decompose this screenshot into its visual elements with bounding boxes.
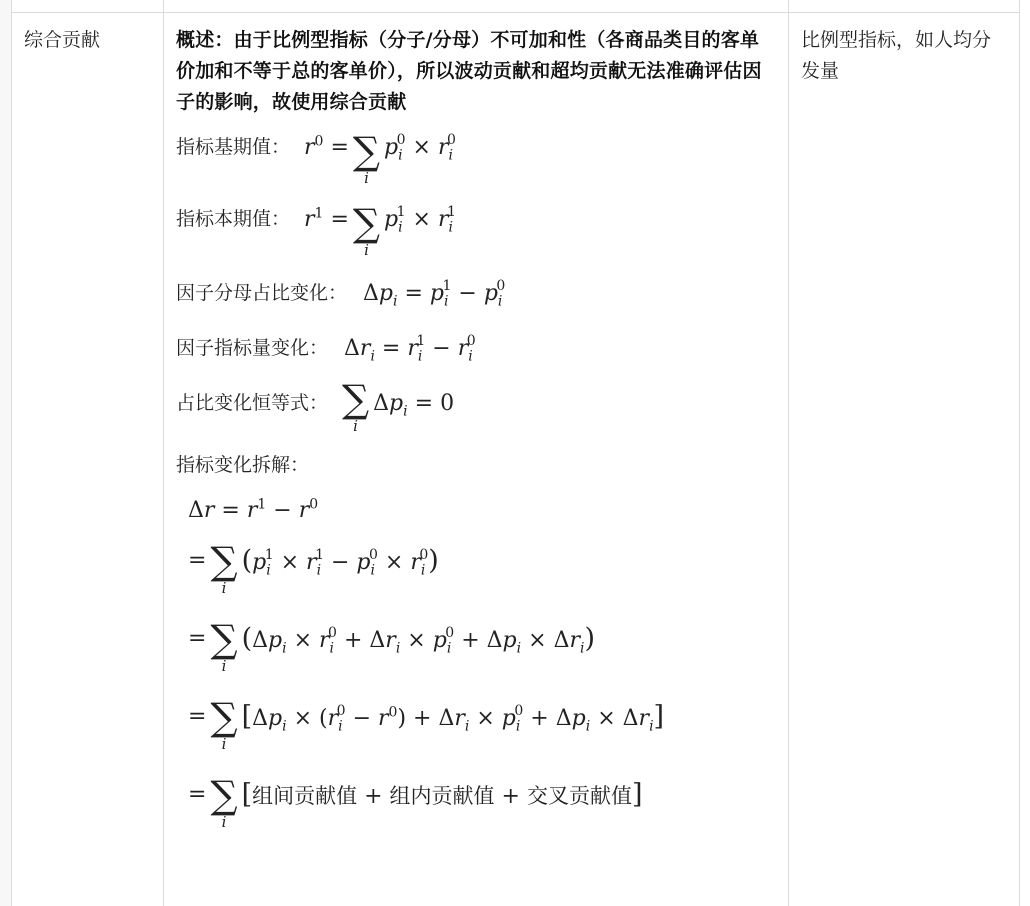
base-value-label: 指标基期值： <box>176 132 290 163</box>
decomposition-label: 指标变化拆解： <box>176 450 309 481</box>
denominator-share-change-label: 因子分母占比变化： <box>176 278 347 309</box>
note-text: 比例型指标，如人均分发量 <box>801 25 1007 87</box>
table-row-previous <box>12 0 1020 13</box>
metric-change-label: 因子指标量变化： <box>176 333 328 364</box>
note-cell: 比例型指标，如人均分发量 <box>789 13 1020 906</box>
denominator-share-change-formula: 因子分母占比变化： Δpi = pi1 − pi0 <box>176 278 776 309</box>
decomposition-step-4: = ∑i [Δpi × (ri0 − r0) + Δri × pi0 + Δpi… <box>176 698 776 752</box>
metric-change-formula: 因子指标量变化： Δri = ri1 − ri0 <box>176 333 776 364</box>
share-identity-label: 占比变化恒等式： <box>176 388 328 419</box>
decomposition-step-3: = ∑i (Δpi × ri0 + Δri × pi0 + Δpi × Δri) <box>176 620 776 674</box>
row-name: 综合贡献 <box>24 25 151 56</box>
summary-text: 概述：由于比例型指标（分子/分母）不可加和性（各商品类目的客单价加和不等于总的客… <box>176 25 776 118</box>
decomposition-heading: 指标变化拆解： <box>176 450 776 481</box>
table-cell <box>164 0 789 13</box>
description-cell: 概述：由于比例型指标（分子/分母）不可加和性（各商品类目的客单价加和不等于总的客… <box>164 13 789 906</box>
base-value-formula: 指标基期值： r0 = ∑i pi0 × ri0 <box>176 132 776 186</box>
table-cell <box>12 0 164 13</box>
current-value-label: 指标本期值： <box>176 204 290 235</box>
cross-term: 交叉贡献值 <box>527 784 632 808</box>
table-row: 综合贡献 概述：由于比例型指标（分子/分母）不可加和性（各商品类目的客单价加和不… <box>12 13 1020 906</box>
table-cell <box>789 0 1020 13</box>
group-between-term: 组间贡献值 <box>252 784 357 808</box>
contribution-table: 综合贡献 概述：由于比例型指标（分子/分母）不可加和性（各商品类目的客单价加和不… <box>11 0 1020 906</box>
share-identity-formula: 占比变化恒等式： ∑i Δpi = 0 <box>176 388 776 434</box>
decomposition-step-2: = ∑i (pi1 × ri1 − pi0 × ri0) <box>176 542 776 596</box>
name-cell: 综合贡献 <box>12 13 164 906</box>
current-value-formula: 指标本期值： r1 = ∑i pi1 × ri1 <box>176 204 776 258</box>
group-within-term: 组内贡献值 <box>390 784 495 808</box>
decomposition-step-5: = ∑i [组间贡献值 + 组内贡献值 + 交叉贡献值] <box>176 776 776 830</box>
decomposition-step-1: Δr = r1 − r0 <box>176 495 776 526</box>
